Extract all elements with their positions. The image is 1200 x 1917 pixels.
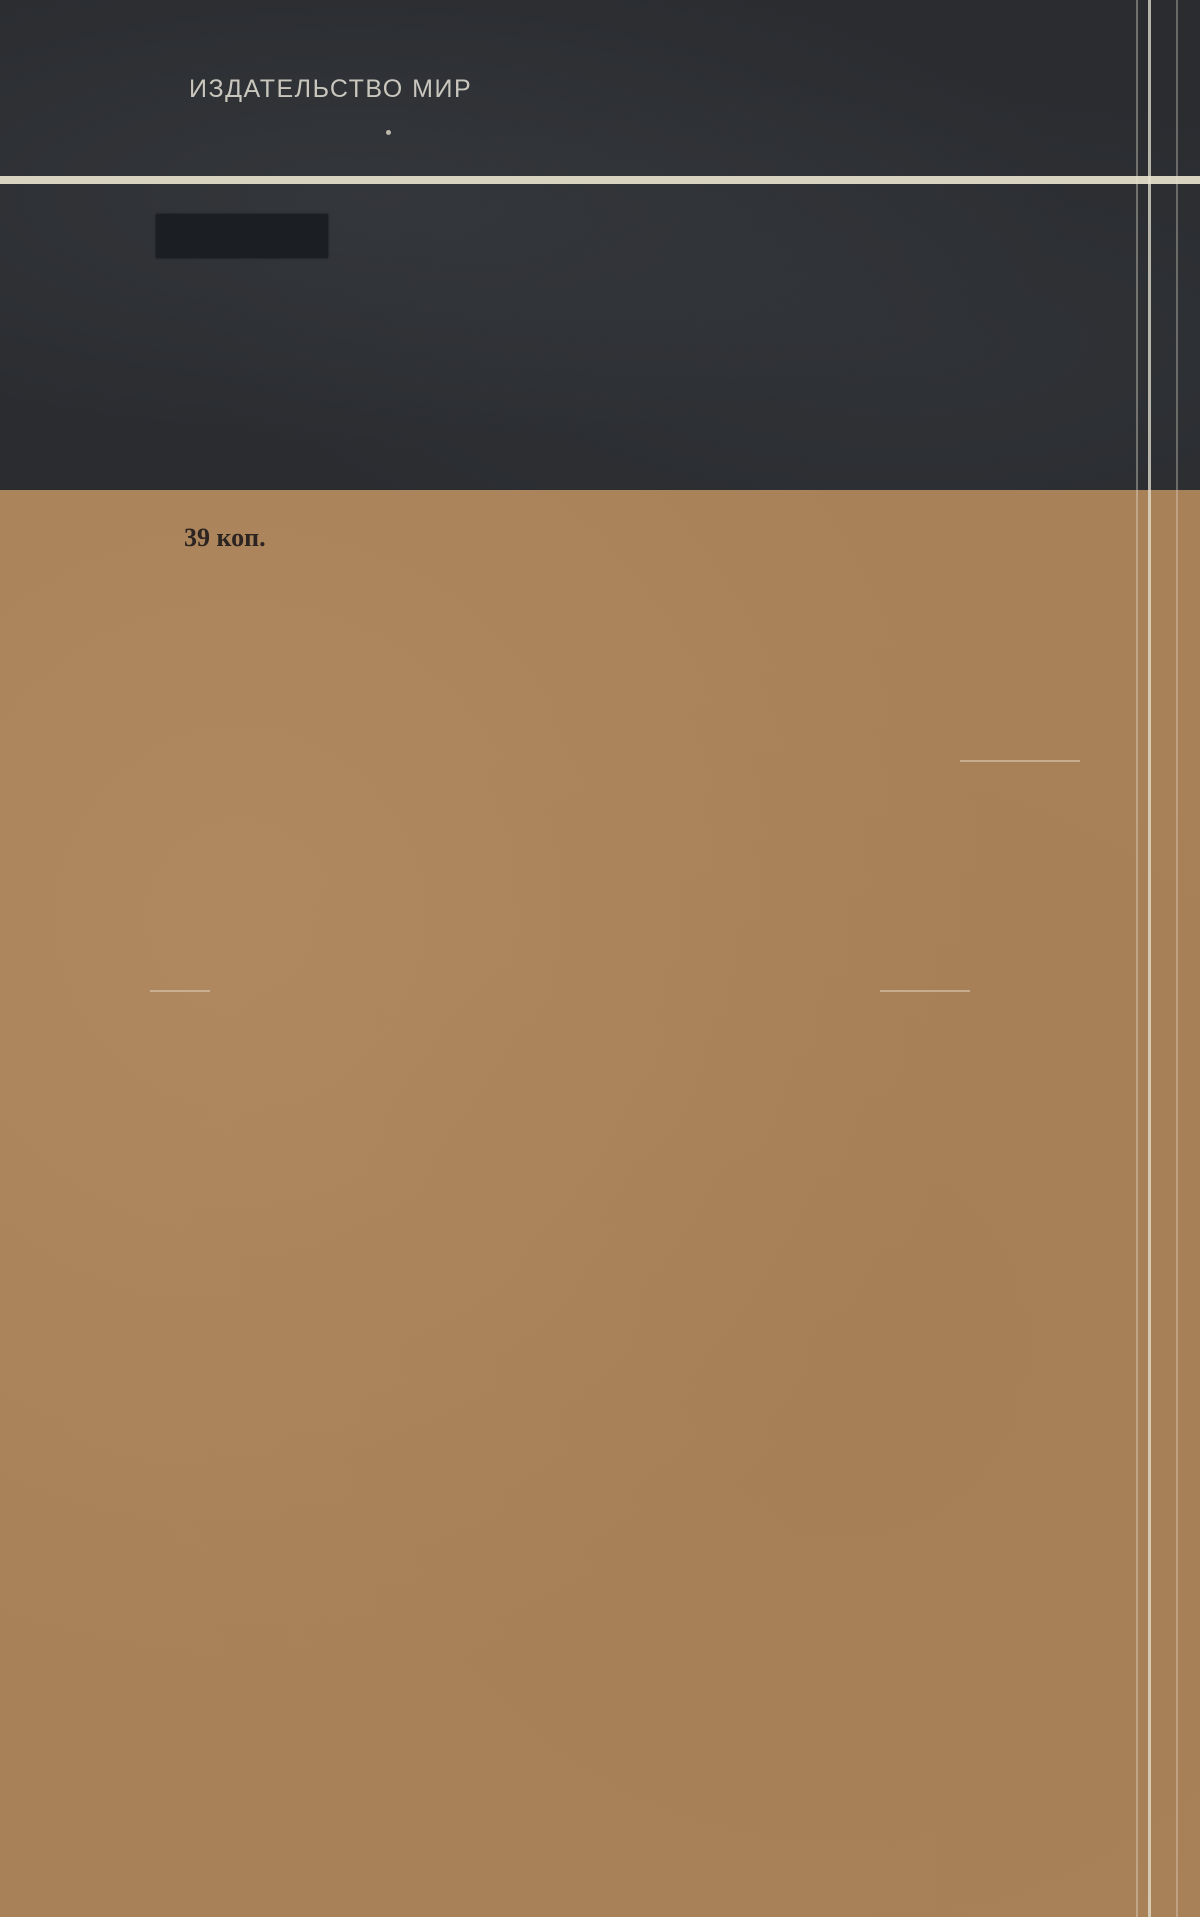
wear-mark	[960, 760, 1080, 762]
spine-crease	[1148, 0, 1151, 1917]
spine-crease	[1176, 0, 1178, 1917]
price-label: 39 коп.	[184, 523, 266, 553]
decorative-dot	[386, 130, 391, 135]
spine-crease	[1136, 0, 1138, 1917]
wear-mark	[880, 990, 970, 992]
dark-label-block	[156, 214, 328, 258]
book-back-cover: ИЗДАТЕЛЬСТВО МИР 39 коп.	[0, 0, 1200, 1917]
horizontal-rule	[0, 176, 1200, 184]
wear-mark	[150, 990, 210, 992]
tan-lower-area	[0, 490, 1200, 1917]
publisher-name: ИЗДАТЕЛЬСТВО МИР	[189, 75, 472, 104]
dark-top-band: ИЗДАТЕЛЬСТВО МИР	[0, 0, 1200, 490]
